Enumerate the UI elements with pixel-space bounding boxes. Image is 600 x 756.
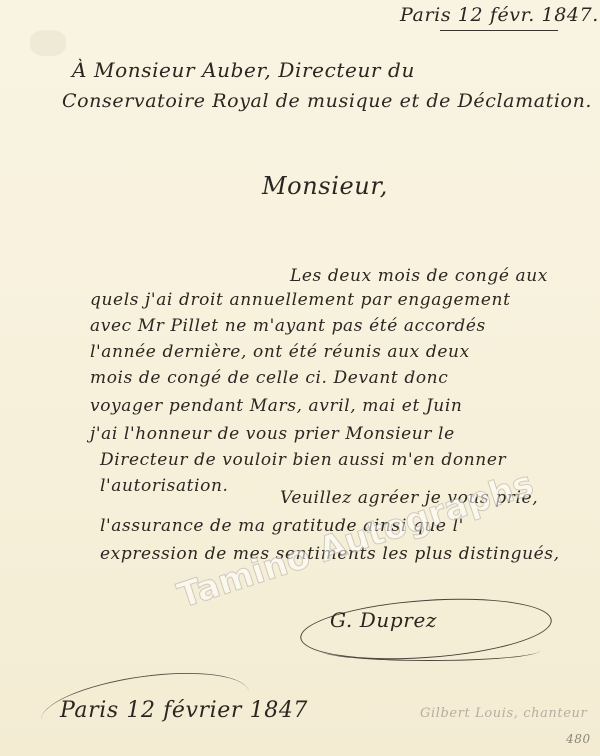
body-line: Directeur de vouloir bien aussi m'en don…: [100, 450, 506, 470]
body-line: voyager pendant Mars, avril, mai et Juin: [90, 396, 462, 416]
pencil-number: 480: [566, 732, 591, 746]
body-line: j'ai l'honneur de vous prier Monsieur le: [90, 424, 455, 444]
dateline-underline: [440, 30, 558, 31]
body-line: Les deux mois de congé aux: [290, 266, 548, 286]
footer-date: Paris 12 février 1847: [60, 698, 308, 723]
body-line: mois de congé de celle ci. Devant donc: [90, 368, 448, 388]
address-line-1: À Monsieur Auber, Directeur du: [72, 58, 415, 82]
dateline: Paris 12 févr. 1847.: [400, 4, 599, 26]
signature: G. Duprez: [330, 608, 437, 632]
body-line: l'autorisation.: [100, 476, 229, 496]
body-line: quels j'ai droit annuellement par engage…: [90, 290, 511, 310]
body-line: l'année dernière, ont été réunis aux deu…: [90, 342, 470, 362]
embossed-stamp: [30, 30, 66, 56]
body-line: avec Mr Pillet ne m'ayant pas été accord…: [90, 316, 486, 336]
address-line-2: Conservatoire Royal de musique et de Déc…: [62, 90, 592, 112]
salutation: Monsieur,: [262, 172, 388, 200]
pencil-annotation: Gilbert Louis, chanteur: [420, 706, 587, 721]
signature-flourish-tail: [320, 640, 540, 661]
